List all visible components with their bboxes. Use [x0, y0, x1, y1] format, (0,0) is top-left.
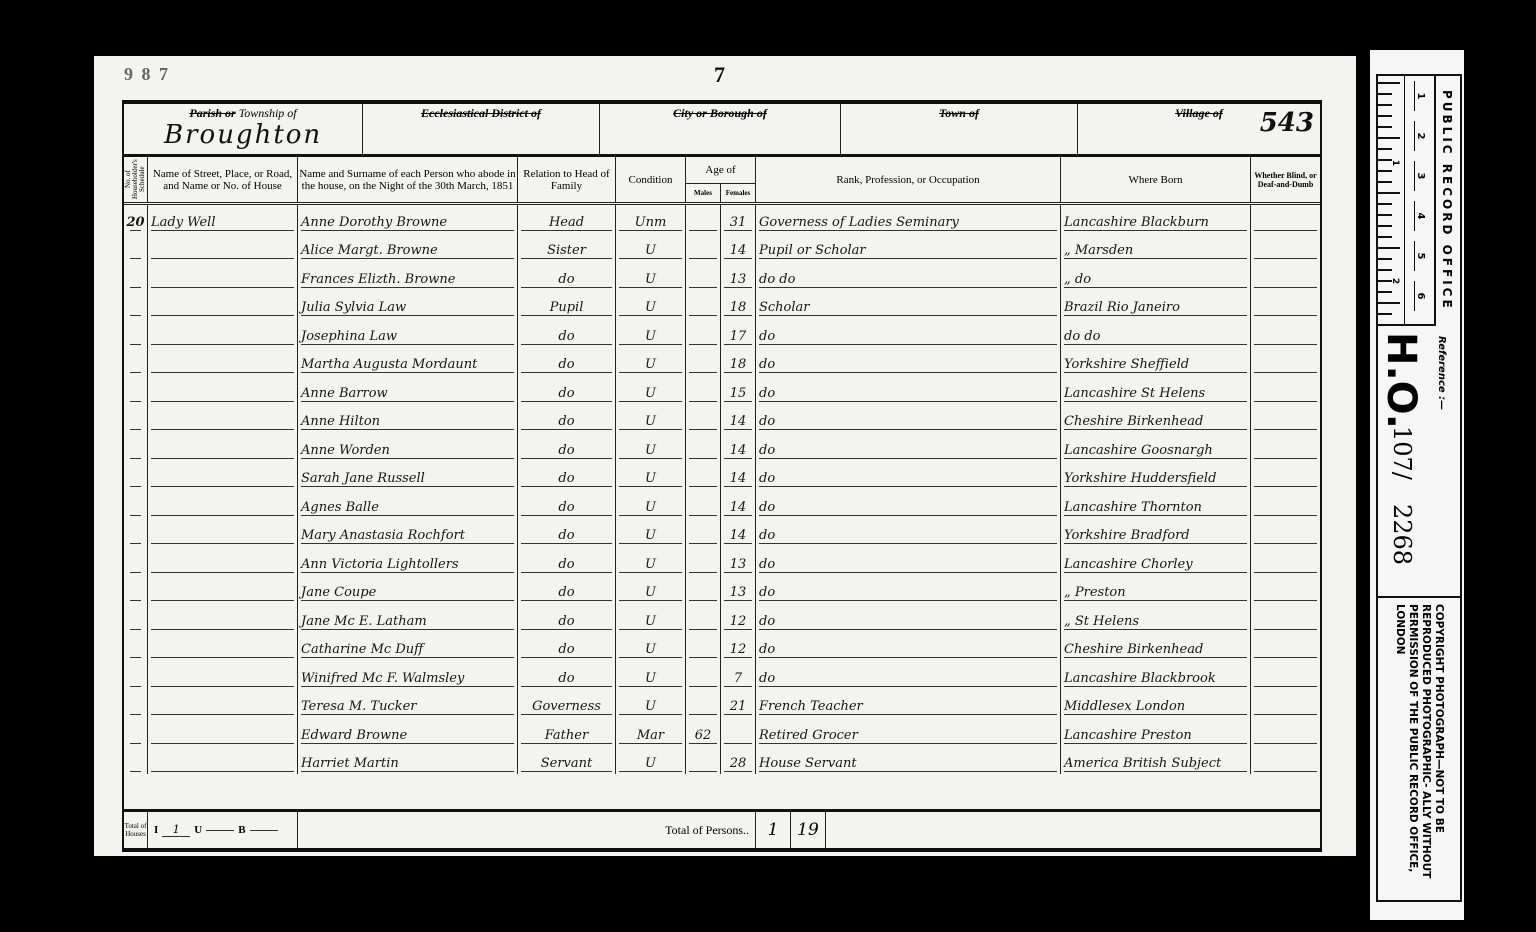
- public-record-office-label: PUBLIC RECORD OFFICE: [1434, 76, 1460, 324]
- schedule-number-cell: [124, 689, 148, 718]
- blind-deaf-cell: [1251, 375, 1320, 404]
- ruler-tick: [1378, 115, 1392, 117]
- town-label: Town of: [939, 106, 979, 120]
- age-male-cell: [686, 575, 721, 604]
- person-name-cell: Sarah Jane Russell: [298, 461, 518, 490]
- blind-deaf-cell: [1251, 347, 1320, 376]
- record-office-strip: 1 2 123456 PUBLIC RECORD OFFICE Referenc…: [1370, 50, 1464, 920]
- relation-cell: do: [518, 461, 616, 490]
- birthplace-cell: Middlesex London: [1061, 689, 1251, 718]
- relation-cell: Head: [518, 204, 616, 233]
- birthplace-cell: Lancashire Preston: [1061, 717, 1251, 746]
- condition-cell: U: [616, 546, 686, 575]
- ruler-number: 6: [1414, 281, 1426, 311]
- condition-cell: U: [616, 575, 686, 604]
- street-name-cell: [148, 717, 298, 746]
- schedule-number-cell: 20: [124, 204, 148, 233]
- total-females: 19: [791, 812, 826, 848]
- ruler-tick: [1378, 192, 1400, 194]
- age-male-cell: [686, 404, 721, 433]
- building-value: [250, 830, 278, 831]
- occupation-cell: do: [756, 632, 1061, 661]
- ruler-tick: [1378, 258, 1392, 260]
- age-female-cell: 17: [721, 318, 756, 347]
- blind-deaf-cell: [1251, 717, 1320, 746]
- uninhabited-value: [206, 830, 234, 831]
- age-male-cell: [686, 318, 721, 347]
- total-houses-label: Total of Houses: [124, 812, 148, 848]
- age-female-cell: 14: [721, 461, 756, 490]
- person-name-cell: Winifred Mc F. Walmsley: [298, 660, 518, 689]
- person-name-cell: Anne Barrow: [298, 375, 518, 404]
- ruler-number: 2: [1414, 121, 1426, 151]
- age-male-cell: [686, 546, 721, 575]
- occupation-cell: do: [756, 318, 1061, 347]
- age-male-cell: [686, 290, 721, 319]
- relation-cell: do: [518, 518, 616, 547]
- inhabited-value: 1: [162, 823, 190, 837]
- condition-cell: U: [616, 233, 686, 262]
- ruler-tick: [1378, 313, 1392, 315]
- age-male-cell: [686, 261, 721, 290]
- person-name-cell: Anne Hilton: [298, 404, 518, 433]
- age-female-cell: 18: [721, 347, 756, 376]
- header-age-label: Age of: [686, 157, 755, 184]
- table-row: Winifred Mc F. WalmsleydoU7doLancashire …: [124, 660, 1320, 689]
- ruler-tick: [1378, 126, 1392, 128]
- totals-row: Total of Houses I1 U B Total of Persons.…: [124, 809, 1320, 848]
- age-male-cell: [686, 489, 721, 518]
- condition-cell: U: [616, 689, 686, 718]
- village-label: Village of: [1175, 106, 1223, 120]
- header-schedule-no: No. of Householder's Schedule: [124, 157, 148, 202]
- relation-cell: do: [518, 660, 616, 689]
- condition-cell: U: [616, 461, 686, 490]
- age-female-cell: 13: [721, 261, 756, 290]
- age-female-cell: 14: [721, 432, 756, 461]
- age-male-cell: [686, 746, 721, 775]
- ruler-number: 5: [1414, 241, 1426, 271]
- header-blind-deaf: Whether Blind, or Deaf-and-Dumb: [1251, 157, 1320, 202]
- table-row: Agnes BalledoU14doLancashire Thornton: [124, 489, 1320, 518]
- occupation-cell: do: [756, 432, 1061, 461]
- age-female-cell: 31: [721, 204, 756, 233]
- township-value: Broughton: [164, 120, 322, 150]
- total-persons-label: Total of Persons..: [298, 812, 756, 848]
- ruler-tick: [1378, 148, 1392, 150]
- ruler-tick: [1378, 214, 1392, 216]
- schedule-number-cell: [124, 290, 148, 319]
- schedule-number-cell: [124, 575, 148, 604]
- street-name-cell: [148, 347, 298, 376]
- street-name-cell: [148, 261, 298, 290]
- blind-deaf-cell: [1251, 689, 1320, 718]
- age-male-cell: [686, 204, 721, 233]
- person-name-cell: Anne Dorothy Browne: [298, 204, 518, 233]
- relation-cell: do: [518, 603, 616, 632]
- blind-deaf-cell: [1251, 546, 1320, 575]
- person-name-cell: Julia Sylvia Law: [298, 290, 518, 319]
- table-row: Edward BrowneFatherMar62Retired GrocerLa…: [124, 717, 1320, 746]
- ruler-number: 3: [1414, 161, 1426, 191]
- schedule-number-cell: [124, 632, 148, 661]
- relation-cell: do: [518, 432, 616, 461]
- total-males: 1: [756, 812, 791, 848]
- occupation-cell: Retired Grocer: [756, 717, 1061, 746]
- age-female-cell: 14: [721, 404, 756, 433]
- street-name-cell: [148, 461, 298, 490]
- ruler-tick: [1378, 181, 1392, 183]
- occupation-cell: do: [756, 489, 1061, 518]
- reference-piece: 2268: [1388, 504, 1416, 565]
- age-female-cell: 18: [721, 290, 756, 319]
- header-name: Name and Surname of each Person who abod…: [298, 157, 518, 202]
- age-female-cell: 28: [721, 746, 756, 775]
- person-name-cell: Jane Coupe: [298, 575, 518, 604]
- age-male-cell: [686, 347, 721, 376]
- ruler-tick: [1378, 203, 1392, 205]
- street-name-cell: [148, 432, 298, 461]
- table-row: Martha Augusta MordauntdoU18doYorkshire …: [124, 347, 1320, 376]
- occupation-cell: do: [756, 518, 1061, 547]
- schedule-number-cell: [124, 461, 148, 490]
- schedule-number-cell: [124, 746, 148, 775]
- condition-cell: U: [616, 660, 686, 689]
- table-row: Anne HiltondoU14doCheshire Birkenhead: [124, 404, 1320, 433]
- reference-label: Reference :—: [1436, 336, 1447, 410]
- street-name-cell: [148, 603, 298, 632]
- street-name-cell: Lady Well: [148, 204, 298, 233]
- blind-deaf-cell: [1251, 318, 1320, 347]
- age-female-cell: [721, 717, 756, 746]
- scale-ruler: 1 2 123456: [1378, 76, 1436, 326]
- schedule-number-cell: [124, 603, 148, 632]
- person-name-cell: Ann Victoria Lightollers: [298, 546, 518, 575]
- building-label: B: [238, 824, 245, 836]
- birthplace-cell: Yorkshire Huddersfield: [1061, 461, 1251, 490]
- table-row: Anne BarrowdoU15doLancashire St Helens: [124, 375, 1320, 404]
- condition-cell: U: [616, 347, 686, 376]
- birthplace-cell: „ Marsden: [1061, 233, 1251, 262]
- occupation-cell: do: [756, 603, 1061, 632]
- folio-number: 7: [714, 62, 725, 88]
- birthplace-cell: Lancashire Goosnargh: [1061, 432, 1251, 461]
- street-name-cell: [148, 660, 298, 689]
- copyright-notice: COPYRIGHT PHOTOGRAPH—NOT TO BE REPRODUCE…: [1378, 598, 1460, 898]
- ruler-tick: [1378, 82, 1400, 84]
- header-females: Females: [721, 184, 755, 202]
- person-name-cell: Frances Elizth. Browne: [298, 261, 518, 290]
- schedule-number-cell: [124, 432, 148, 461]
- condition-cell: U: [616, 632, 686, 661]
- occupation-cell: do: [756, 375, 1061, 404]
- condition-cell: Unm: [616, 204, 686, 233]
- occupation-cell: do: [756, 546, 1061, 575]
- relation-cell: do: [518, 375, 616, 404]
- age-male-cell: [686, 660, 721, 689]
- schedule-number-cell: [124, 518, 148, 547]
- condition-cell: Mar: [616, 717, 686, 746]
- header-where-born: Where Born: [1061, 157, 1251, 202]
- relation-cell: Father: [518, 717, 616, 746]
- schedule-number-cell: [124, 318, 148, 347]
- blind-deaf-cell: [1251, 518, 1320, 547]
- age-male-cell: [686, 233, 721, 262]
- header-relation: Relation to Head of Family: [518, 157, 616, 202]
- ruler-tick: [1378, 269, 1392, 271]
- age-female-cell: 13: [721, 575, 756, 604]
- person-name-cell: Jane Mc E. Latham: [298, 603, 518, 632]
- birthplace-cell: do do: [1061, 318, 1251, 347]
- age-male-cell: [686, 432, 721, 461]
- relation-cell: do: [518, 489, 616, 518]
- enumeration-sheet: Parish or Township of Broughton Ecclesia…: [122, 100, 1322, 852]
- inch-mark-2: 2: [1390, 278, 1400, 284]
- inhabited-label: I: [154, 824, 158, 836]
- occupation-cell: do do: [756, 261, 1061, 290]
- occupation-cell: House Servant: [756, 746, 1061, 775]
- relation-cell: Servant: [518, 746, 616, 775]
- table-row: Mary Anastasia RochfortdoU14doYorkshire …: [124, 518, 1320, 547]
- blind-deaf-cell: [1251, 233, 1320, 262]
- schedule-number-cell: [124, 546, 148, 575]
- blind-deaf-cell: [1251, 575, 1320, 604]
- blind-deaf-cell: [1251, 603, 1320, 632]
- birthplace-cell: „ do: [1061, 261, 1251, 290]
- blind-deaf-cell: [1251, 290, 1320, 319]
- blind-deaf-cell: [1251, 261, 1320, 290]
- condition-cell: U: [616, 404, 686, 433]
- schedule-number-cell: [124, 489, 148, 518]
- occupation-cell: do: [756, 404, 1061, 433]
- street-name-cell: [148, 546, 298, 575]
- age-female-cell: 7: [721, 660, 756, 689]
- relation-cell: do: [518, 546, 616, 575]
- age-male-cell: [686, 632, 721, 661]
- relation-cell: Pupil: [518, 290, 616, 319]
- parish-cell: Parish or Township of Broughton: [124, 104, 363, 154]
- census-rows: 20Lady WellAnne Dorothy BrowneHeadUnm31G…: [124, 204, 1320, 774]
- blind-deaf-cell: [1251, 432, 1320, 461]
- condition-cell: U: [616, 518, 686, 547]
- condition-cell: U: [616, 261, 686, 290]
- person-name-cell: Mary Anastasia Rochfort: [298, 518, 518, 547]
- ruler-tick: [1378, 93, 1392, 95]
- condition-cell: U: [616, 489, 686, 518]
- person-name-cell: Harriet Martin: [298, 746, 518, 775]
- ruler-cm-numbers: 123456: [1404, 76, 1435, 324]
- street-name-cell: [148, 375, 298, 404]
- ruler-tick: [1378, 104, 1392, 106]
- ruler-tick: [1378, 236, 1392, 238]
- city-label: City or Borough of: [673, 106, 767, 120]
- occupation-cell: do: [756, 347, 1061, 376]
- occupation-cell: Scholar: [756, 290, 1061, 319]
- township-label: Township of: [239, 106, 297, 120]
- occupation-cell: Governess of Ladies Seminary: [756, 204, 1061, 233]
- condition-cell: U: [616, 290, 686, 319]
- table-row: 20Lady WellAnne Dorothy BrowneHeadUnm31G…: [124, 204, 1320, 233]
- age-male-cell: [686, 518, 721, 547]
- relation-cell: do: [518, 347, 616, 376]
- street-name-cell: [148, 746, 298, 775]
- condition-cell: U: [616, 432, 686, 461]
- schedule-number-cell: [124, 233, 148, 262]
- schedule-number-cell: [124, 660, 148, 689]
- condition-cell: U: [616, 603, 686, 632]
- birthplace-cell: „ St Helens: [1061, 603, 1251, 632]
- ruler-tick: [1378, 302, 1400, 304]
- street-name-cell: [148, 318, 298, 347]
- header-occupation: Rank, Profession, or Occupation: [756, 157, 1061, 202]
- occupation-cell: Pupil or Scholar: [756, 233, 1061, 262]
- ecclesiastical-label: Ecclesiastical District of: [421, 106, 541, 120]
- ruler-tick: [1378, 137, 1400, 139]
- table-row: Teresa M. TuckerGovernessU21French Teach…: [124, 689, 1320, 718]
- condition-cell: U: [616, 318, 686, 347]
- age-male-cell: [686, 461, 721, 490]
- occupation-cell: do: [756, 575, 1061, 604]
- birthplace-cell: Lancashire Blackbrook: [1061, 660, 1251, 689]
- table-row: Alice Margt. BrowneSisterU14Pupil or Sch…: [124, 233, 1320, 262]
- stamped-page-number: 9 8 7: [124, 64, 170, 85]
- schedule-number-cell: [124, 717, 148, 746]
- birthplace-cell: Yorkshire Bradford: [1061, 518, 1251, 547]
- ruler-ticks: [1378, 76, 1404, 324]
- parish-struck-label: Parish or: [189, 106, 235, 120]
- birthplace-cell: Lancashire Thornton: [1061, 489, 1251, 518]
- table-row: Anne WordendoU14doLancashire Goosnargh: [124, 432, 1320, 461]
- person-name-cell: Alice Margt. Browne: [298, 233, 518, 262]
- age-female-cell: 12: [721, 603, 756, 632]
- birthplace-cell: Yorkshire Sheffield: [1061, 347, 1251, 376]
- street-name-cell: [148, 489, 298, 518]
- ruler-number: 1: [1414, 81, 1426, 111]
- street-name-cell: [148, 290, 298, 319]
- relation-cell: do: [518, 318, 616, 347]
- birthplace-cell: Lancashire Chorley: [1061, 546, 1251, 575]
- person-name-cell: Josephina Law: [298, 318, 518, 347]
- street-name-cell: [148, 518, 298, 547]
- age-female-cell: 12: [721, 632, 756, 661]
- age-male-cell: 62: [686, 717, 721, 746]
- column-headers: No. of Householder's Schedule Name of St…: [124, 157, 1320, 205]
- table-row: Jane CoupedoU13do„ Preston: [124, 575, 1320, 604]
- table-row: Catharine Mc DuffdoU12doCheshire Birkenh…: [124, 632, 1320, 661]
- age-female-cell: 21: [721, 689, 756, 718]
- age-female-cell: 15: [721, 375, 756, 404]
- person-name-cell: Catharine Mc Duff: [298, 632, 518, 661]
- street-name-cell: [148, 404, 298, 433]
- houses-iub: I1 U B: [148, 812, 298, 848]
- age-female-cell: 14: [721, 233, 756, 262]
- record-office-frame: 1 2 123456 PUBLIC RECORD OFFICE Referenc…: [1376, 74, 1462, 902]
- blind-deaf-cell: [1251, 204, 1320, 233]
- occupation-cell: do: [756, 461, 1061, 490]
- header-males: Males: [686, 184, 721, 202]
- street-name-cell: [148, 575, 298, 604]
- census-page: 9 8 7 7 Parish or Township of Broughton …: [94, 56, 1356, 856]
- condition-cell: U: [616, 375, 686, 404]
- village-cell: Village of 543: [1078, 104, 1320, 154]
- header-condition: Condition: [616, 157, 686, 202]
- birthplace-cell: Brazil Rio Janeiro: [1061, 290, 1251, 319]
- blind-deaf-cell: [1251, 461, 1320, 490]
- city-cell: City or Borough of: [600, 104, 841, 154]
- schedule-number-cell: [124, 375, 148, 404]
- ruler-number: 4: [1414, 201, 1426, 231]
- birthplace-cell: Lancashire St Helens: [1061, 375, 1251, 404]
- table-row: Harriet MartinServantU28House ServantAme…: [124, 746, 1320, 775]
- location-header: Parish or Township of Broughton Ecclesia…: [124, 104, 1320, 157]
- birthplace-cell: America British Subject: [1061, 746, 1251, 775]
- ruler-tick: [1378, 247, 1400, 249]
- reference-class: 107/: [1388, 426, 1416, 480]
- relation-cell: Sister: [518, 233, 616, 262]
- birthplace-cell: Cheshire Birkenhead: [1061, 404, 1251, 433]
- header-street: Name of Street, Place, or Road, and Name…: [148, 157, 298, 202]
- person-name-cell: Edward Browne: [298, 717, 518, 746]
- person-name-cell: Anne Worden: [298, 432, 518, 461]
- age-male-cell: [686, 689, 721, 718]
- table-row: Frances Elizth. BrownedoU13do do„ do: [124, 261, 1320, 290]
- ecclesiastical-cell: Ecclesiastical District of: [363, 104, 600, 154]
- table-row: Julia Sylvia LawPupilU18ScholarBrazil Ri…: [124, 290, 1320, 319]
- blind-deaf-cell: [1251, 404, 1320, 433]
- condition-cell: U: [616, 746, 686, 775]
- schedule-page-number: 543: [1260, 108, 1314, 138]
- street-name-cell: [148, 632, 298, 661]
- table-row: Jane Mc E. LathamdoU12do„ St Helens: [124, 603, 1320, 632]
- schedule-number-cell: [124, 347, 148, 376]
- inch-mark-1: 1: [1390, 160, 1400, 166]
- schedule-number-cell: [124, 261, 148, 290]
- blind-deaf-cell: [1251, 632, 1320, 661]
- table-row: Ann Victoria LightollersdoU13doLancashir…: [124, 546, 1320, 575]
- birthplace-cell: Lancashire Blackburn: [1061, 204, 1251, 233]
- relation-cell: do: [518, 404, 616, 433]
- blind-deaf-cell: [1251, 489, 1320, 518]
- person-name-cell: Teresa M. Tucker: [298, 689, 518, 718]
- street-name-cell: [148, 689, 298, 718]
- street-name-cell: [148, 233, 298, 262]
- age-female-cell: 13: [721, 546, 756, 575]
- age-male-cell: [686, 375, 721, 404]
- age-female-cell: 14: [721, 518, 756, 547]
- blind-deaf-cell: [1251, 660, 1320, 689]
- person-name-cell: Martha Augusta Mordaunt: [298, 347, 518, 376]
- blind-deaf-cell: [1251, 746, 1320, 775]
- occupation-cell: French Teacher: [756, 689, 1061, 718]
- uninhabited-label: U: [194, 824, 202, 836]
- relation-cell: Governess: [518, 689, 616, 718]
- occupation-cell: do: [756, 660, 1061, 689]
- table-row: Josephina LawdoU17dodo do: [124, 318, 1320, 347]
- reference-box: Reference :— H.O. 107/ 2268: [1378, 326, 1460, 598]
- town-cell: Town of: [841, 104, 1078, 154]
- totals-empty: [826, 812, 1320, 848]
- ruler-tick: [1378, 170, 1392, 172]
- relation-cell: do: [518, 575, 616, 604]
- person-name-cell: Agnes Balle: [298, 489, 518, 518]
- relation-cell: do: [518, 632, 616, 661]
- table-row: Sarah Jane RusselldoU14doYorkshire Hudde…: [124, 461, 1320, 490]
- schedule-number-cell: [124, 404, 148, 433]
- ruler-tick: [1378, 225, 1392, 227]
- header-age: Age of MalesFemales: [686, 157, 756, 202]
- ruler-tick: [1378, 291, 1392, 293]
- reference-series: H.O.: [1380, 332, 1422, 429]
